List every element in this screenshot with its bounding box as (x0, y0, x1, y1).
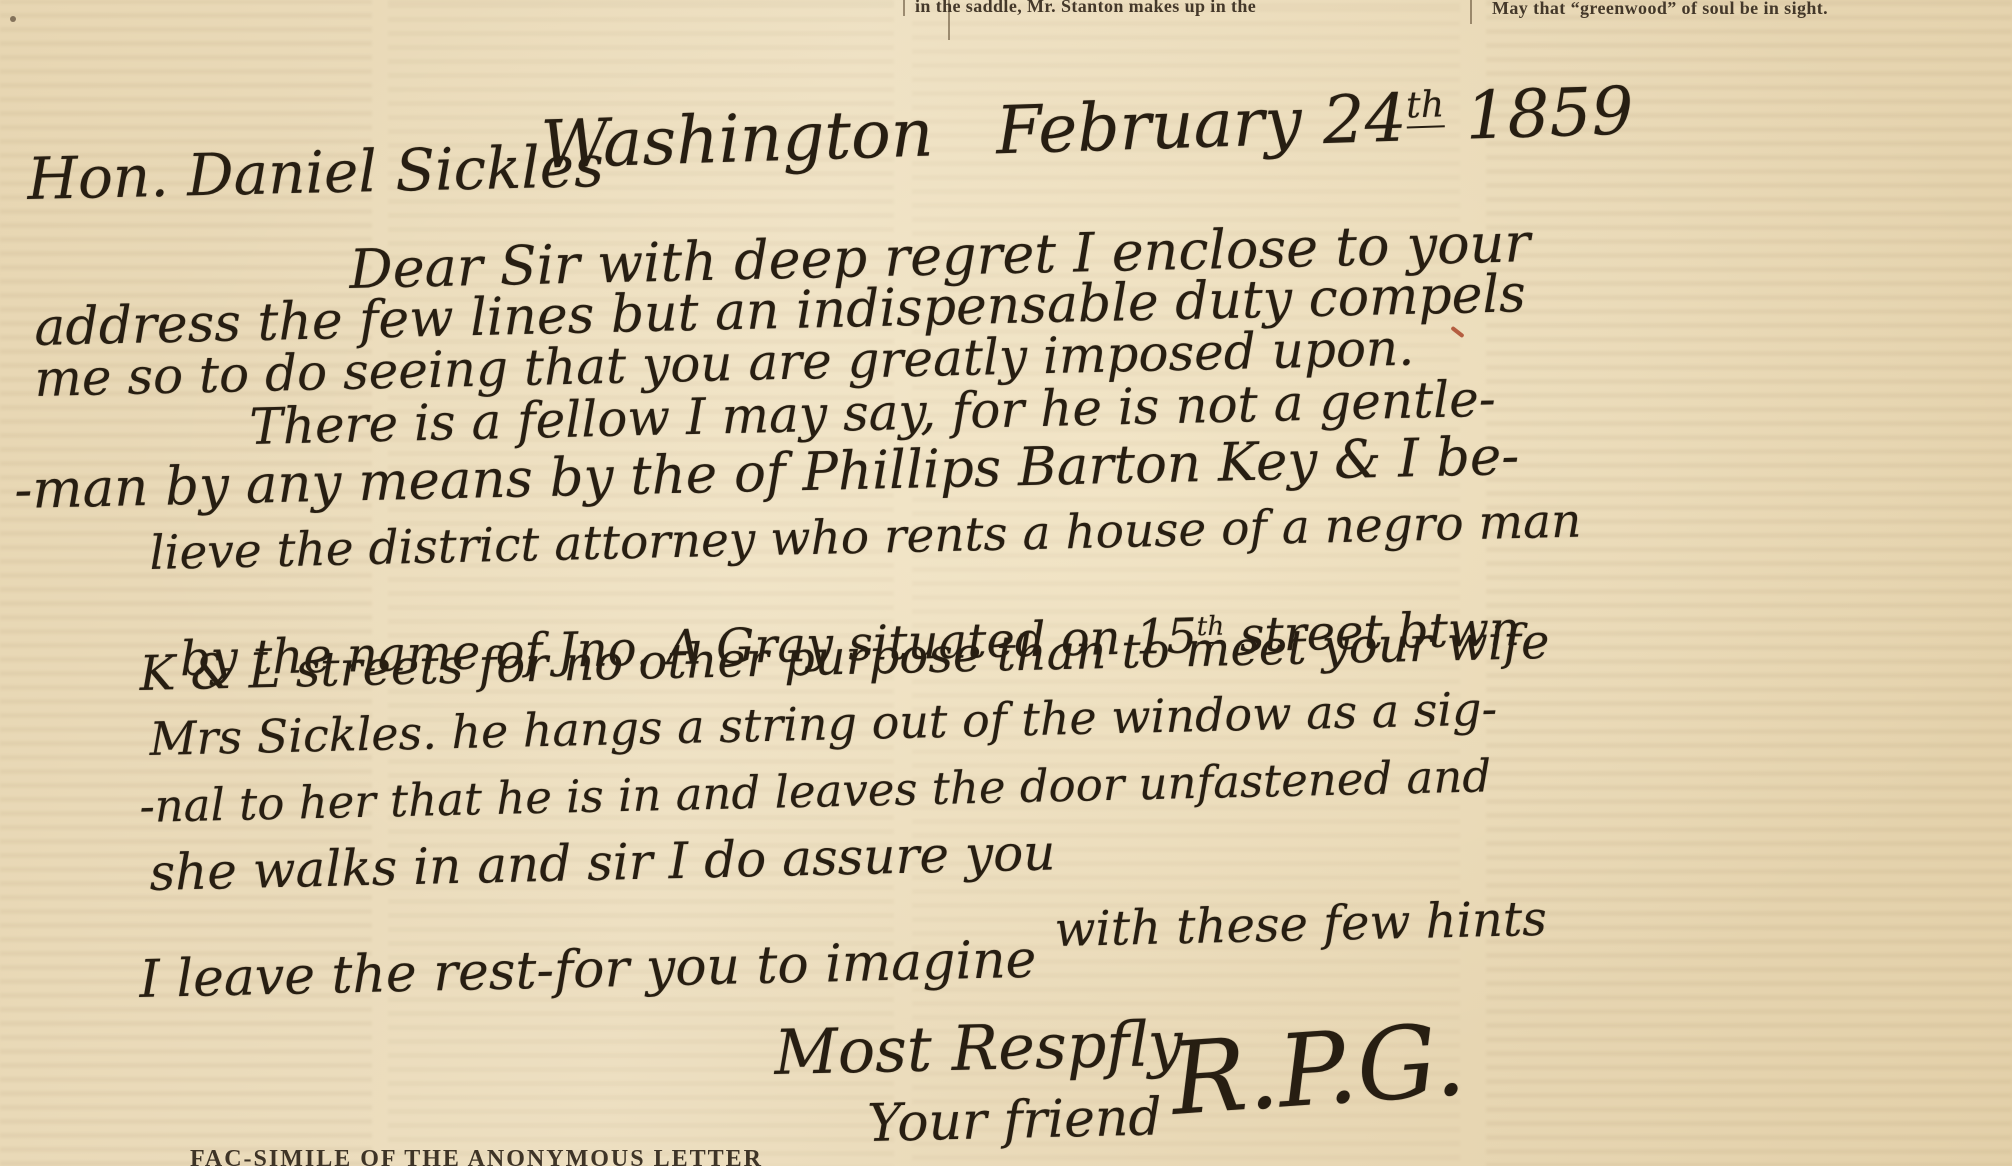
letter-closing-friend: Your friend (867, 1091, 1162, 1150)
dateline-year: 1859 (1443, 72, 1634, 155)
column-divider-rule (903, 0, 905, 16)
figure-caption: FAC-SIMILE OF THE ANONYMOUS LETTER (190, 1146, 763, 1166)
newspaper-page: { "top_strip": { "left_fragment": "in th… (0, 0, 2012, 1166)
top-left-print-fragment: in the saddle, Mr. Stanton makes up in t… (915, 0, 1256, 17)
letter-signature-initials: R.P.G. (1168, 1010, 1468, 1130)
letter-line: with these few hints (1054, 895, 1547, 954)
bleedthrough-column (1486, 0, 2012, 1166)
letter-salutation: Hon. Daniel Sickles (27, 137, 605, 208)
dateline-ordinal-suffix: th (1405, 82, 1444, 128)
paper-speck (10, 16, 16, 22)
letter-closing-respectfully: Most Respfly (774, 1013, 1184, 1084)
